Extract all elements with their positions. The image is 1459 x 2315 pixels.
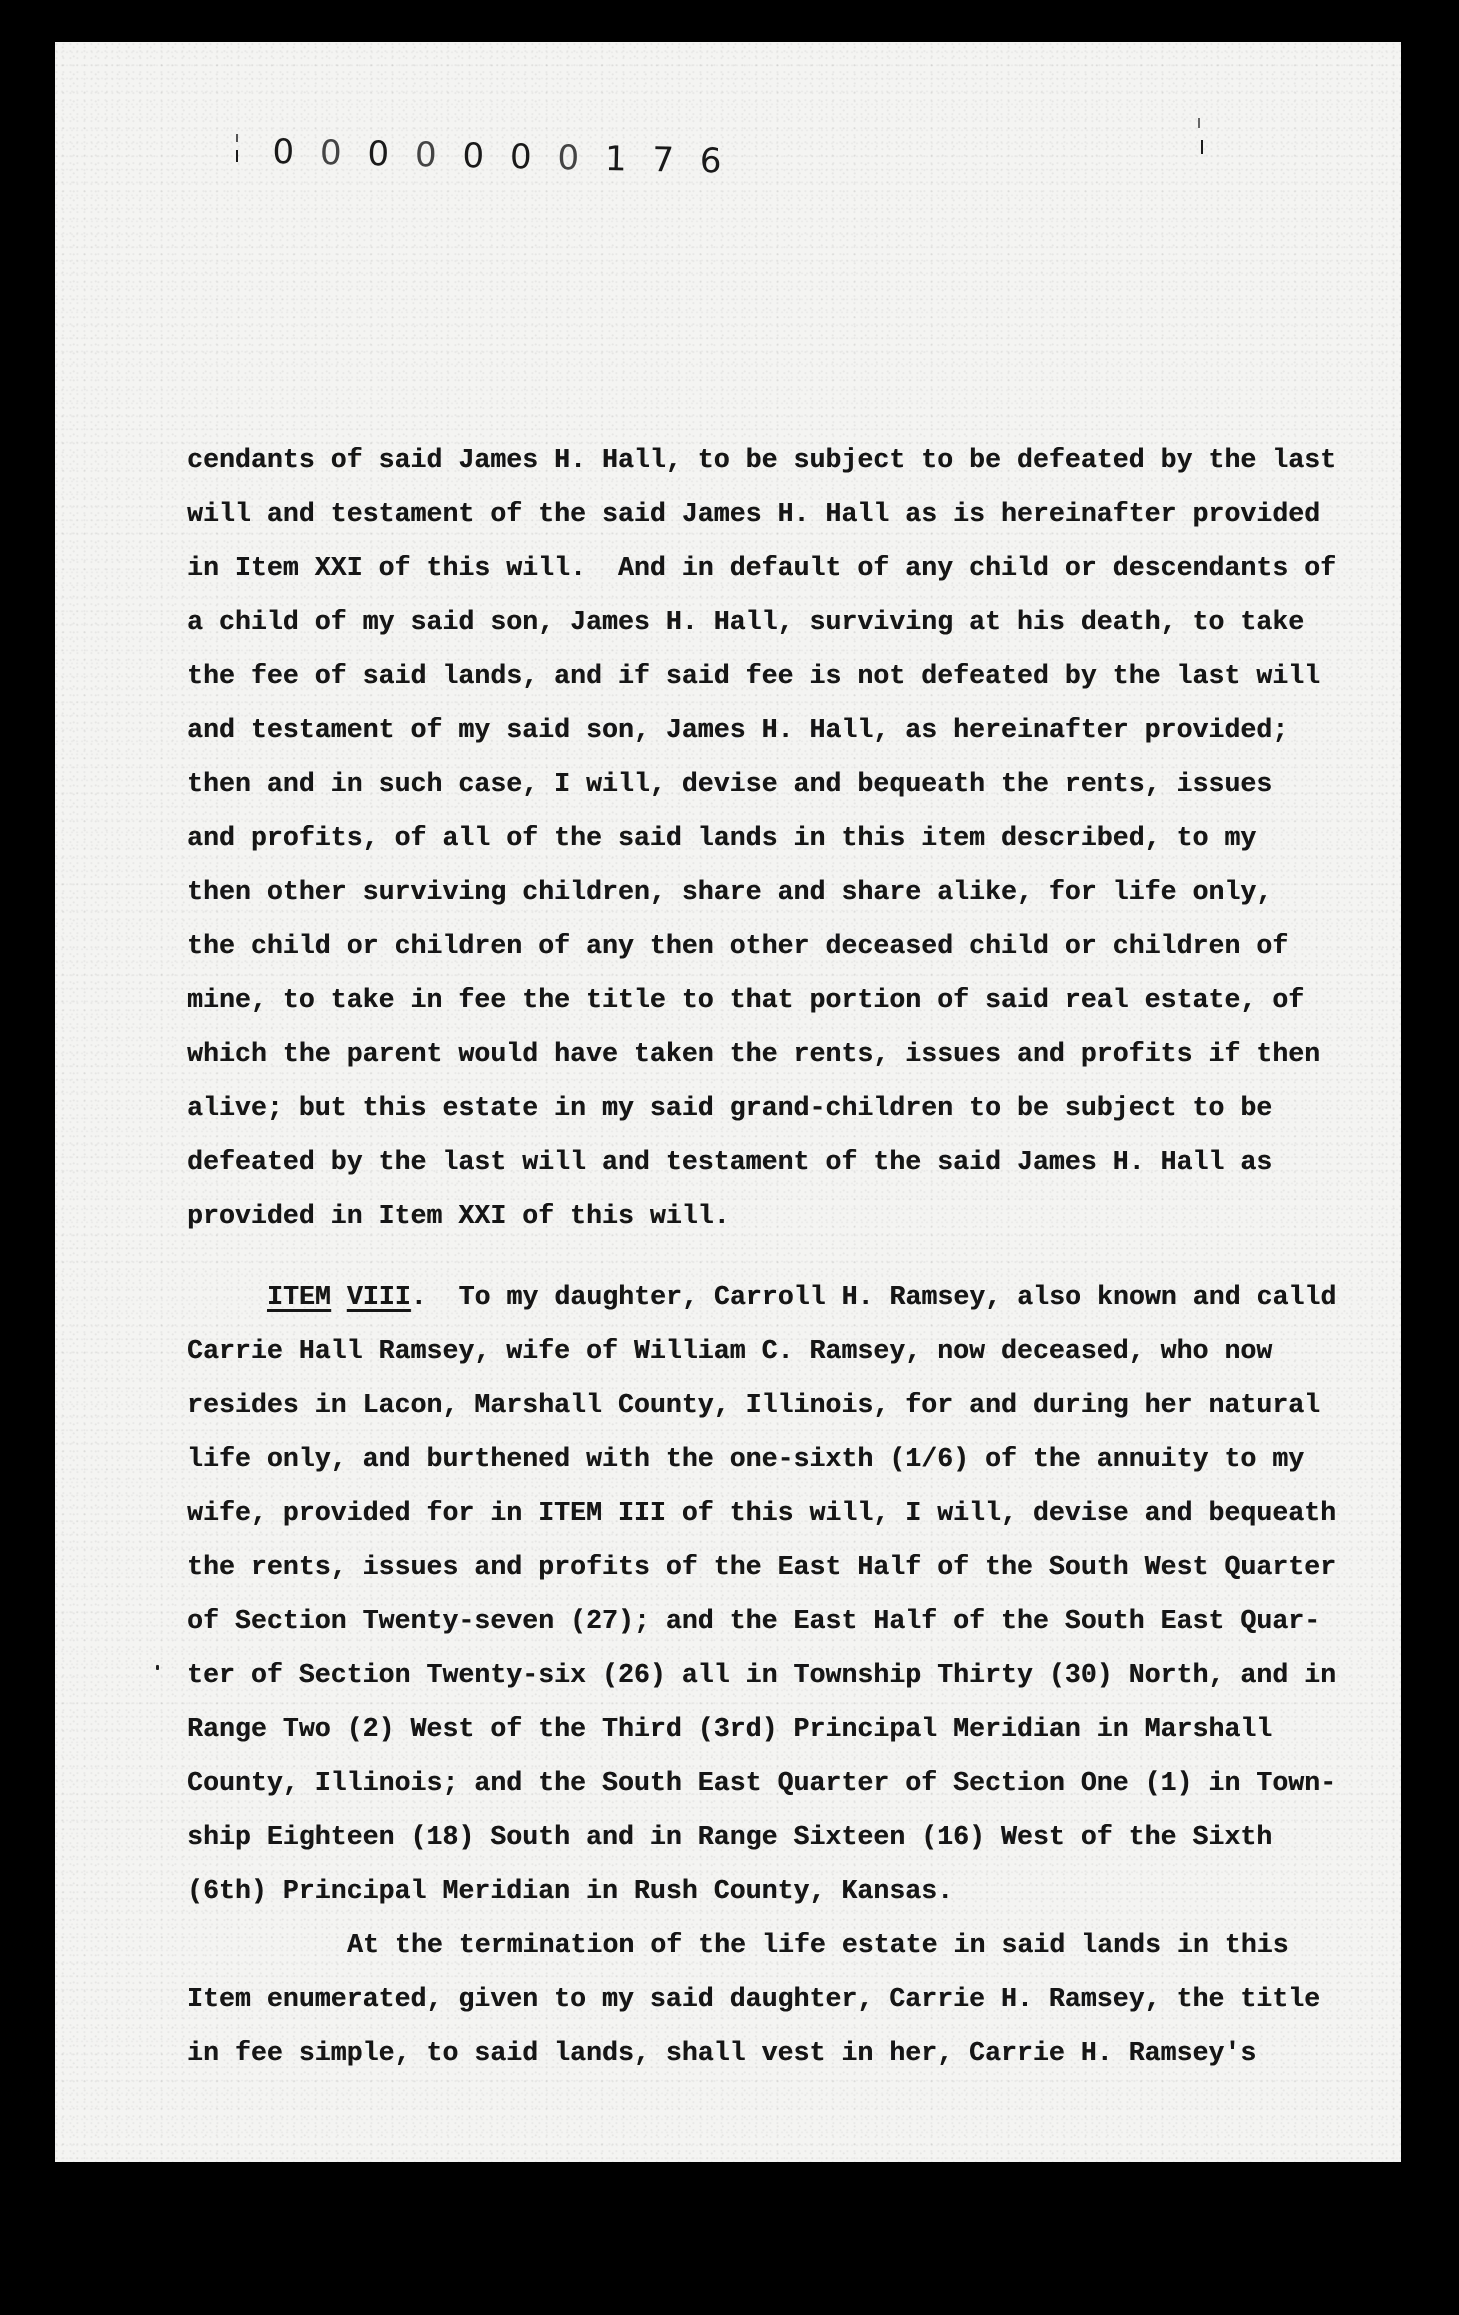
item-heading-number: VIII — [347, 1282, 411, 1312]
text-line: Range Two (2) West of the Third (3rd) Pr… — [187, 1714, 1272, 1744]
text-line: cendants of said James H. Hall, to be su… — [187, 445, 1336, 475]
margin-mark — [236, 134, 238, 142]
stamp-digit: 0 — [509, 133, 557, 182]
document-page: 0 0 0 0 0 0 0 1 7 6 cendants of said Jam… — [55, 42, 1401, 2162]
stamp-digit: 0 — [367, 130, 415, 179]
heading-space — [331, 1282, 347, 1312]
text-line: mine, to take in fee the title to that p… — [187, 985, 1304, 1015]
text-line: Item enumerated, given to my said daught… — [187, 1984, 1320, 2014]
text-line: then other surviving children, share and… — [187, 877, 1272, 907]
heading-period: . — [411, 1282, 427, 1312]
text-line: and profits, of all of the said lands in… — [187, 823, 1256, 853]
text-line: life only, and burthened with the one-si… — [187, 1444, 1304, 1474]
stamp-digit: 6 — [699, 137, 747, 186]
text-line: provided in Item XXI of this will. — [187, 1201, 730, 1231]
text-line: in Item XXI of this will. And in default… — [187, 553, 1336, 583]
stamp-digit: 0 — [557, 134, 605, 183]
margin-mark — [1201, 140, 1203, 154]
text-line: wife, provided for in ITEM III of this w… — [187, 1498, 1336, 1528]
text-line: ship Eighteen (18) South and in Range Si… — [187, 1822, 1272, 1852]
text-line: will and testament of the said James H. … — [187, 499, 1320, 529]
text-line: (6th) Principal Meridian in Rush County,… — [187, 1876, 953, 1906]
text-line: ter of Section Twenty-six (26) all in To… — [187, 1660, 1336, 1690]
stamp-digit: 0 — [272, 128, 320, 177]
text-line: and testament of my said son, James H. H… — [187, 715, 1288, 745]
text-line: in fee simple, to said lands, shall vest… — [187, 2038, 1256, 2068]
stamp-digit: 7 — [652, 136, 700, 185]
text-line: County, Illinois; and the South East Qua… — [187, 1768, 1336, 1798]
text-line: of Section Twenty-seven (27); and the Ea… — [187, 1606, 1320, 1636]
text-line: resides in Lacon, Marshall County, Illin… — [187, 1390, 1320, 1420]
text-line: the rents, issues and profits of the Eas… — [187, 1552, 1336, 1582]
margin-speck — [156, 1665, 159, 1670]
text-line: the child or children of any then other … — [187, 931, 1288, 961]
item-heading-word: ITEM — [267, 1282, 331, 1312]
text-line: defeated by the last will and testament … — [187, 1147, 1272, 1177]
text-line: the fee of said lands, and if said fee i… — [187, 661, 1320, 691]
item-heading-line: ITEM VIII. To my daughter, Carroll H. Ra… — [267, 1282, 1336, 1312]
page-stamp-number: 0 0 0 0 0 0 0 1 7 6 — [272, 128, 748, 186]
text-line: alive; but this estate in my said grand-… — [187, 1093, 1272, 1123]
stamp-digit: 1 — [604, 135, 652, 184]
text-line: To my daughter, Carroll H. Ramsey, also … — [427, 1282, 1337, 1312]
text-line: Carrie Hall Ramsey, wife of William C. R… — [187, 1336, 1272, 1366]
margin-mark — [1198, 118, 1200, 128]
text-line: then and in such case, I will, devise an… — [187, 769, 1272, 799]
text-line: a child of my said son, James H. Hall, s… — [187, 607, 1304, 637]
stamp-digit: 0 — [414, 131, 462, 180]
text-line: At the termination of the life estate in… — [347, 1930, 1289, 1960]
margin-mark — [236, 150, 238, 162]
stamp-digit: 0 — [319, 129, 367, 178]
stamp-digit: 0 — [462, 132, 510, 181]
text-line: which the parent would have taken the re… — [187, 1039, 1320, 1069]
